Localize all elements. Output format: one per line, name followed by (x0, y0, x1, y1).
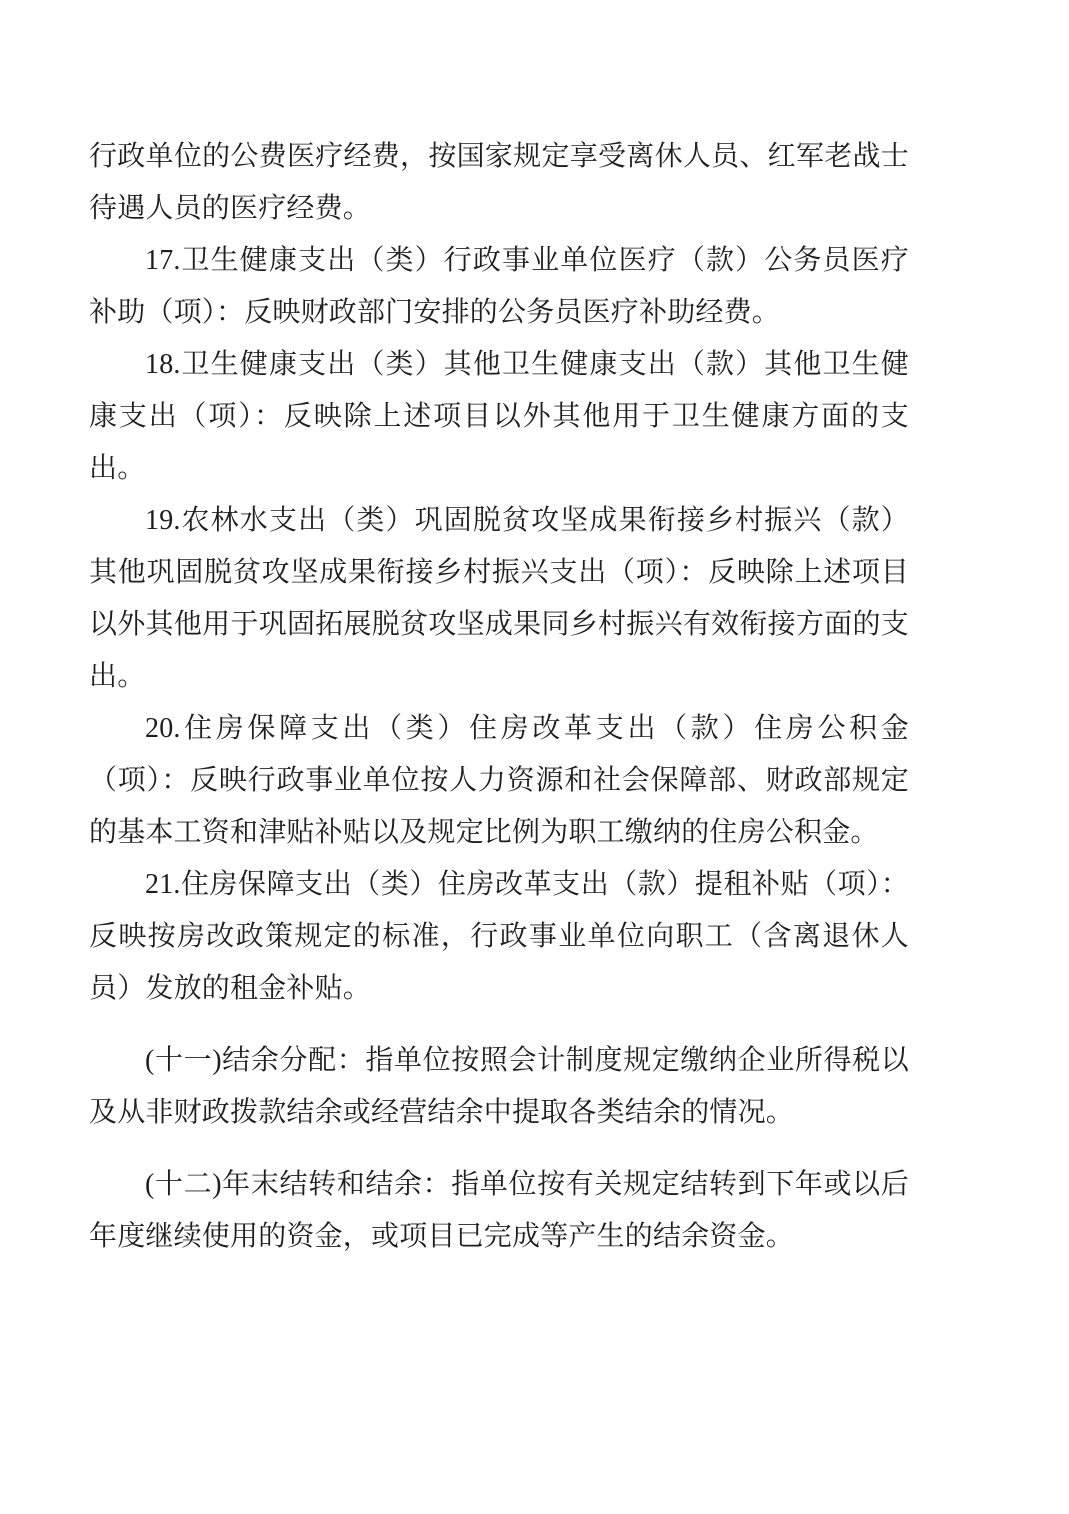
document-page: 行政单位的公费医疗经费，按国家规定享受离休人员、红军老战士待遇人员的医疗经费。 … (0, 0, 1069, 1514)
paragraph-item-20: 20.住房保障支出（类）住房改革支出（款）住房公积金（项）：反映行政事业单位按人… (89, 703, 909, 859)
document-body: 行政单位的公费医疗经费，按国家规定享受离休人员、红军老战士待遇人员的医疗经费。 … (89, 131, 909, 1263)
paragraph-section-11: (十一)结余分配：指单位按照会计制度规定缴纳企业所得税以及从非财政拨款结余或经营… (89, 1035, 909, 1139)
paragraph-item-17: 17.卫生健康支出（类）行政事业单位医疗（款）公务员医疗补助（项）：反映财政部门… (89, 235, 909, 339)
paragraph-continued: 行政单位的公费医疗经费，按国家规定享受离休人员、红军老战士待遇人员的医疗经费。 (89, 131, 909, 235)
paragraph-item-18: 18.卫生健康支出（类）其他卫生健康支出（款）其他卫生健康支出（项）：反映除上述… (89, 339, 909, 495)
paragraph-item-21: 21.住房保障支出（类）住房改革支出（款）提租补贴（项）：反映按房改政策规定的标… (89, 859, 909, 1015)
paragraph-section-12: (十二)年末结转和结余：指单位按有关规定结转到下年或以后年度继续使用的资金，或项… (89, 1159, 909, 1263)
paragraph-item-19: 19.农林水支出（类）巩固脱贫攻坚成果衔接乡村振兴（款）其他巩固脱贫攻坚成果衔接… (89, 495, 909, 703)
